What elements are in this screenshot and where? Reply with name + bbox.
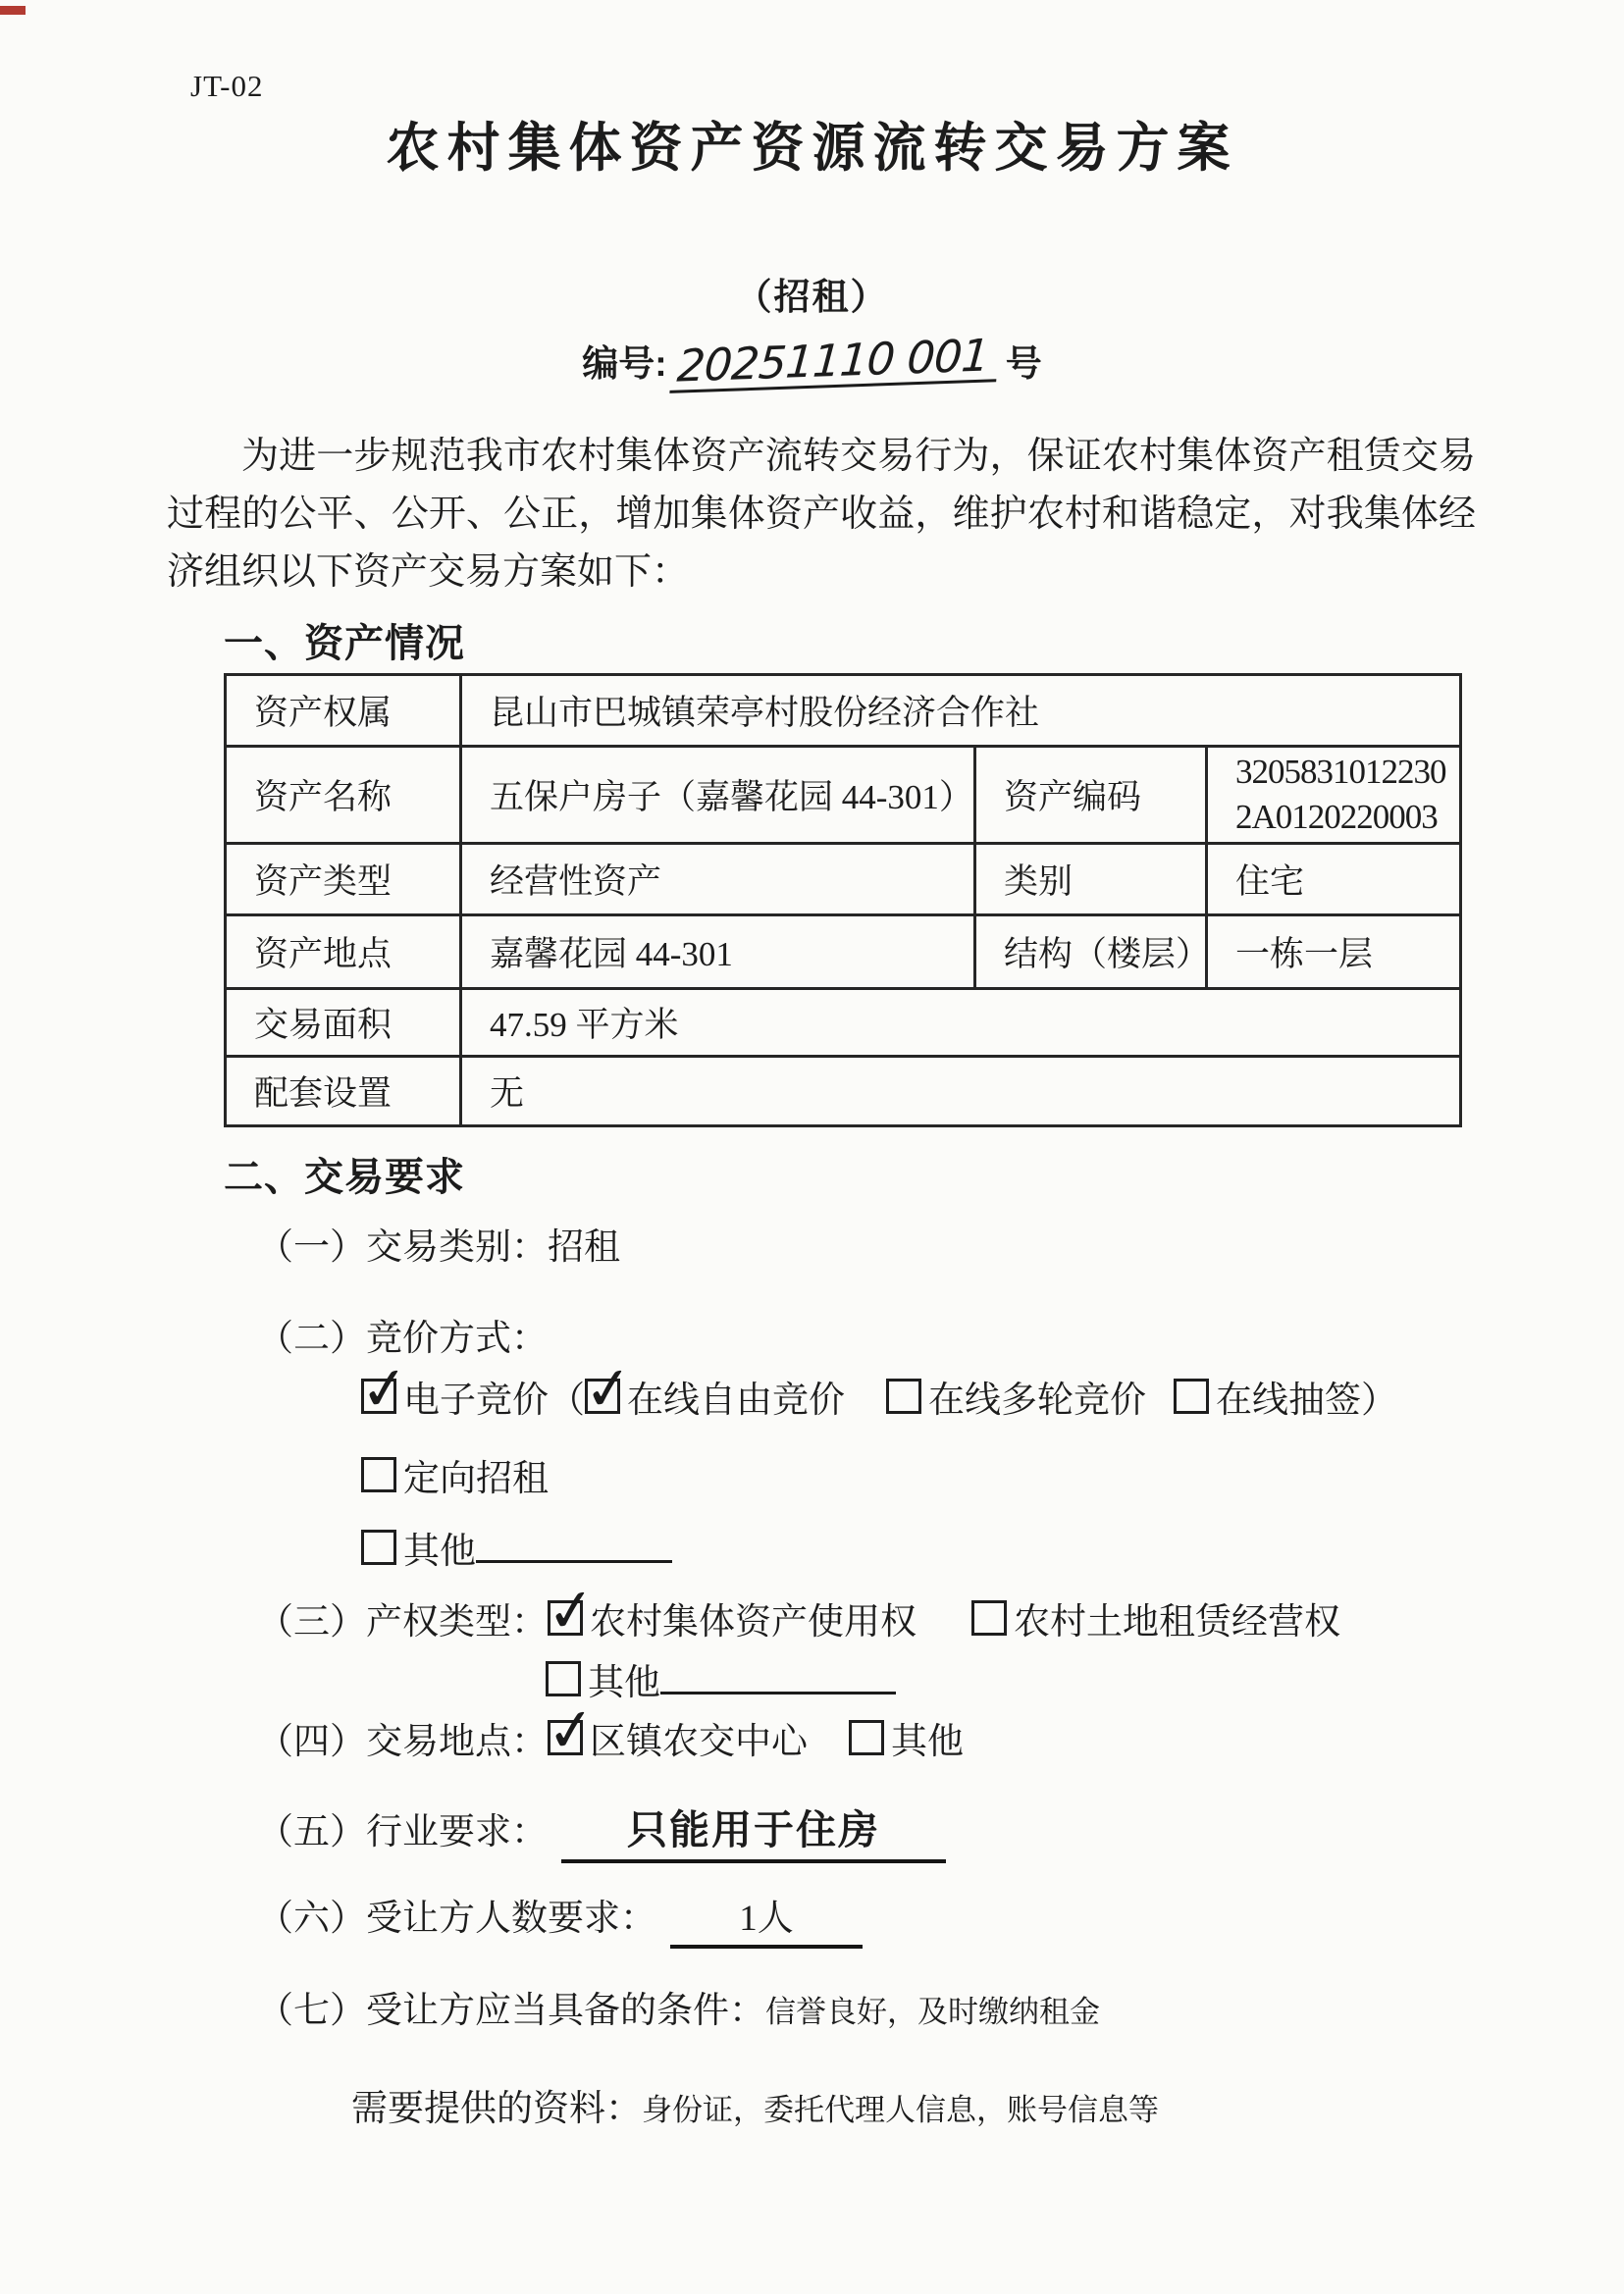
table-row-ownership: 资产权属 昆山市巴城镇荣亭村股份经济合作社 bbox=[226, 675, 1461, 747]
item-transferee-conditions-label: （七）受让方应当具备的条件： bbox=[257, 1991, 765, 2031]
checkbox-property-rights-other bbox=[546, 1661, 581, 1696]
checkbox-electronic-bidding bbox=[361, 1379, 396, 1414]
table-row-name-code: 资产名称 五保户房子（嘉馨花园 44-301） 资产编码 32058310122… bbox=[226, 747, 1461, 844]
asset-type-value: 经营性资产 bbox=[461, 844, 975, 915]
town-agri-trade-center-label: 区镇农交中心 bbox=[590, 1722, 808, 1762]
online-free-bidding-label: 在线自由竞价 bbox=[627, 1381, 845, 1421]
asset-table: 资产权属 昆山市巴城镇荣亭村股份经济合作社 资产名称 五保户房子（嘉馨花园 44… bbox=[224, 673, 1462, 1127]
item-transaction-type-value: 招租 bbox=[548, 1227, 620, 1268]
venue-other-label: 其他 bbox=[891, 1722, 964, 1762]
directed-lease-label: 定向招租 bbox=[403, 1459, 549, 1499]
serial-unit: 号 bbox=[1006, 343, 1042, 384]
required-materials-label: 需要提供的资料： bbox=[351, 2089, 642, 2129]
asset-facilities-value: 无 bbox=[461, 1057, 1461, 1126]
table-row-facilities: 配套设置 无 bbox=[226, 1057, 1461, 1126]
online-lottery-label: 在线抽签 bbox=[1216, 1381, 1361, 1421]
required-materials-value: 身份证，委托代理人信息，账号信息等 bbox=[642, 2093, 1159, 2127]
asset-name-value: 五保户房子（嘉馨花园 44-301） bbox=[461, 747, 975, 844]
item-property-rights: （三）产权类型：农村集体资产使用权农村土地租赁经营权 bbox=[257, 1591, 1340, 1644]
bidding-other-line: 其他 bbox=[361, 1521, 672, 1574]
bidding-directed-line: 定向招租 bbox=[361, 1448, 549, 1501]
asset-category-value: 住宅 bbox=[1207, 844, 1461, 915]
section-assets-heading: 一、资产情况 bbox=[224, 612, 465, 668]
document-page: JT-02 农村集体资产资源流转交易方案 （招租） 编号:20251110 00… bbox=[0, 0, 1624, 2294]
asset-area-value: 47.59 平方米 bbox=[461, 989, 1461, 1057]
intro-paragraph: 为进一步规范我市农村集体资产流转交易行为，保证农村集体资产租赁交易过程的公平、公… bbox=[167, 428, 1476, 601]
form-code: JT-02 bbox=[190, 69, 263, 104]
asset-ownership-value: 昆山市巴城镇荣亭村股份经济合作社 bbox=[461, 675, 1461, 747]
rural-land-lease-right-label: 农村土地租赁经营权 bbox=[1014, 1602, 1340, 1642]
checkbox-rural-land-lease-right bbox=[971, 1600, 1007, 1636]
asset-facilities-label: 配套设置 bbox=[226, 1057, 461, 1126]
table-row-type-category: 资产类型 经营性资产 类别 住宅 bbox=[226, 844, 1461, 915]
scan-artifact-mark bbox=[0, 6, 26, 15]
section-requirements-heading: 二、交易要求 bbox=[224, 1146, 465, 1202]
asset-structure-label: 结构（楼层） bbox=[975, 915, 1207, 989]
paren-open: （ bbox=[549, 1381, 585, 1421]
item-property-rights-label: （三）产权类型： bbox=[257, 1602, 548, 1642]
item-transaction-type: （一）交易类别：招租 bbox=[257, 1217, 620, 1270]
asset-location-label: 资产地点 bbox=[226, 915, 461, 989]
item-transferee-count: （六）受让方人数要求：1人 bbox=[257, 1888, 863, 1949]
asset-type-label: 资产类型 bbox=[226, 844, 461, 915]
transferee-count-value: 1人 bbox=[739, 1899, 794, 1939]
checkbox-online-lottery bbox=[1174, 1379, 1209, 1414]
checkbox-venue-other bbox=[849, 1720, 884, 1755]
online-multi-round-label: 在线多轮竞价 bbox=[928, 1381, 1146, 1421]
document-subtitle: （招租） bbox=[0, 267, 1624, 320]
checkbox-online-free-bidding bbox=[585, 1379, 620, 1414]
transferee-count-fill-line: 1人 bbox=[670, 1888, 863, 1949]
table-row-location-structure: 资产地点 嘉馨花园 44-301 结构（楼层） 一栋一层 bbox=[226, 915, 1461, 989]
industry-fill-line: 只能用于住房 bbox=[561, 1798, 946, 1863]
bidding-other-label: 其他 bbox=[403, 1532, 476, 1572]
document-title: 农村集体资产资源流转交易方案 bbox=[0, 106, 1624, 182]
serial-number-handwritten: 20251110 001 bbox=[669, 333, 1000, 393]
transferee-conditions-value: 信誉良好，及时缴纳租金 bbox=[765, 1995, 1100, 2029]
industry-value: 只能用于住房 bbox=[627, 1807, 880, 1852]
asset-name-label: 资产名称 bbox=[226, 747, 461, 844]
bidding-other-blank bbox=[476, 1522, 672, 1563]
electronic-bidding-label: 电子竞价 bbox=[403, 1381, 549, 1421]
item-industry-label: （五）行业要求： bbox=[257, 1812, 548, 1852]
asset-code-label: 资产编码 bbox=[975, 747, 1207, 844]
property-rights-other-line: 其他 bbox=[546, 1652, 896, 1705]
item-transferee-count-label: （六）受让方人数要求： bbox=[257, 1899, 656, 1939]
serial-label: 编号: bbox=[582, 343, 666, 384]
item-transferee-conditions: （七）受让方应当具备的条件：信誉良好，及时缴纳租金 bbox=[257, 1980, 1100, 2033]
asset-structure-value: 一栋一层 bbox=[1207, 915, 1461, 989]
collective-asset-use-right-label: 农村集体资产使用权 bbox=[590, 1602, 917, 1642]
property-rights-other-blank bbox=[660, 1653, 896, 1694]
checkbox-directed-lease bbox=[361, 1457, 396, 1492]
asset-code-value: 32058310122302A0120220003 bbox=[1207, 747, 1461, 844]
asset-area-label: 交易面积 bbox=[226, 989, 461, 1057]
bidding-electronic-line: 电子竞价（在线自由竞价在线多轮竞价在线抽签） bbox=[361, 1370, 1397, 1423]
checkbox-bidding-other bbox=[361, 1530, 396, 1565]
property-rights-other-label: 其他 bbox=[588, 1663, 660, 1703]
item-transaction-type-label: （一）交易类别： bbox=[257, 1227, 548, 1268]
item-venue-label: （四）交易地点： bbox=[257, 1722, 548, 1762]
asset-ownership-label: 资产权属 bbox=[226, 675, 461, 747]
paren-close: ） bbox=[1361, 1381, 1397, 1421]
table-row-area: 交易面积 47.59 平方米 bbox=[226, 989, 1461, 1057]
checkbox-online-multi-round bbox=[886, 1379, 921, 1414]
checkbox-town-agri-trade-center bbox=[548, 1720, 583, 1755]
asset-location-value: 嘉馨花园 44-301 bbox=[461, 915, 975, 989]
checkbox-collective-asset-use-right bbox=[548, 1600, 583, 1636]
item-venue: （四）交易地点：区镇农交中心其他 bbox=[257, 1711, 964, 1764]
asset-category-label: 类别 bbox=[975, 844, 1207, 915]
item-industry-requirement: （五）行业要求：只能用于住房 bbox=[257, 1798, 946, 1863]
serial-line: 编号:20251110 001号 bbox=[0, 334, 1624, 388]
item-required-materials: 需要提供的资料：身份证，委托代理人信息，账号信息等 bbox=[351, 2078, 1159, 2131]
